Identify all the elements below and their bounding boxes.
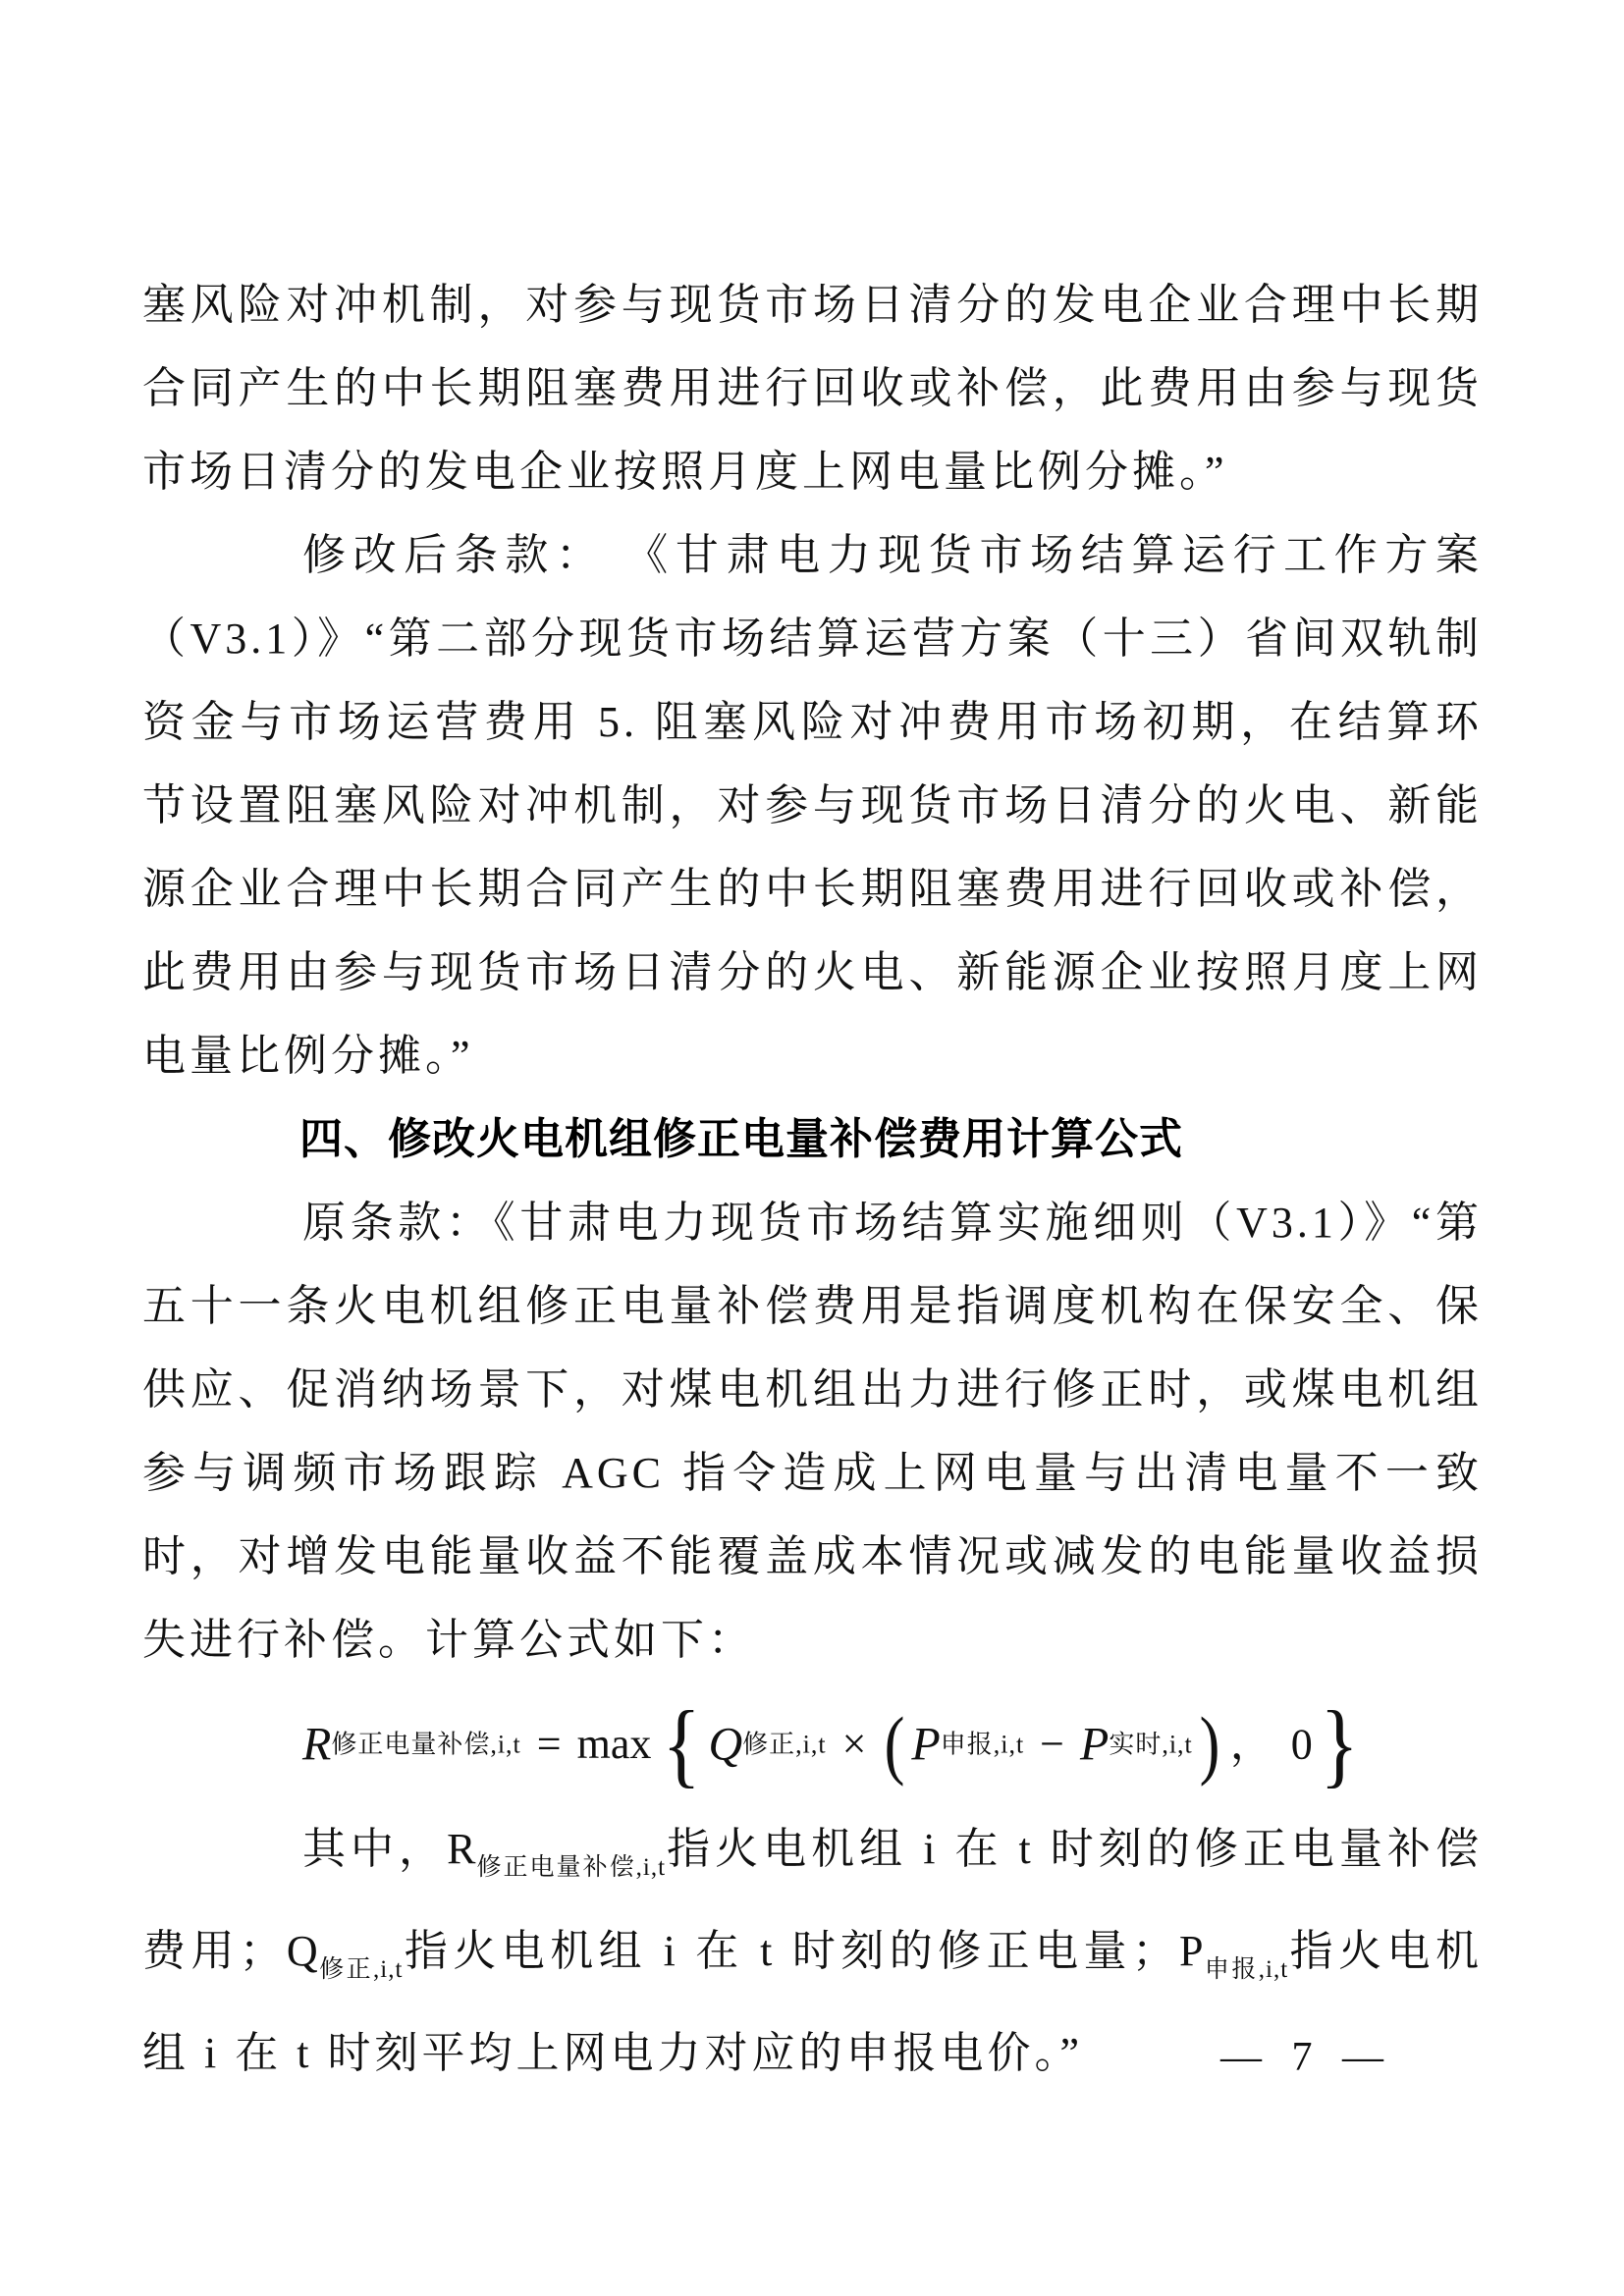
formula-p-declared-subscript: 申报,i,t	[941, 1730, 1024, 1758]
compensation-formula: R修正电量补偿,i,t = max { Q修正,i,t × ( P申报,i,t …	[142, 1682, 1483, 1807]
left-brace: {	[663, 1682, 701, 1807]
formula-p-declared-base: P	[911, 1718, 940, 1770]
max-operator: max	[577, 1720, 652, 1768]
inline-var-p-subscript: 申报,i,t	[1203, 1956, 1288, 1983]
equals-sign: =	[537, 1720, 562, 1768]
paragraph-amended-clause: 修改后条款： 《甘肃电力现货市场结算运行工作方案（V3.1）》“第二部分现货市场…	[142, 513, 1483, 1097]
right-paren: )	[1199, 1682, 1219, 1807]
inline-var-r-subscript: 修正电量补偿,i,t	[475, 1854, 666, 1881]
explanation-text: 其中，	[302, 1825, 447, 1873]
explanation-text: 指火电机组 i 在 t 时刻的修正电量；	[403, 1927, 1179, 1975]
inline-var-q: Q	[287, 1927, 318, 1975]
left-paren: (	[885, 1682, 905, 1807]
formula-p-realtime-base: P	[1080, 1718, 1109, 1770]
inline-var-q-subscript: 修正,i,t	[318, 1956, 404, 1983]
document-body: 塞风险对冲机制，对参与现货市场日清分的发电企业合理中长期合同产生的中长期阻塞费用…	[142, 263, 1483, 2095]
formula-zero: 0	[1291, 1720, 1313, 1768]
document-page: 塞风险对冲机制，对参与现货市场日清分的发电企业合理中长期合同产生的中长期阻塞费用…	[0, 0, 1624, 2296]
inline-var-r: R	[447, 1825, 475, 1873]
page-number: — 7 —	[1220, 2034, 1393, 2081]
formula-comma: ，	[1230, 1720, 1273, 1768]
formula-q-subscript: 修正,i,t	[742, 1730, 826, 1758]
inline-var-p: P	[1179, 1927, 1203, 1975]
paragraph-original-clause: 原条款：《甘肃电力现货市场结算实施细则（V3.1）》“第五十一条火电机组修正电量…	[142, 1181, 1483, 1682]
section-heading: 四、修改火电机组修正电量补偿费用计算公式	[142, 1097, 1483, 1181]
formula-q-base: Q	[708, 1718, 742, 1770]
formula-r-subscript: 修正电量补偿,i,t	[331, 1730, 520, 1758]
minus-sign: −	[1040, 1720, 1064, 1768]
formula-r-base: R	[302, 1718, 331, 1770]
formula-p-realtime-subscript: 实时,i,t	[1109, 1730, 1192, 1758]
right-brace: }	[1320, 1682, 1358, 1807]
paragraph-continuation: 塞风险对冲机制，对参与现货市场日清分的发电企业合理中长期合同产生的中长期阻塞费用…	[142, 263, 1483, 513]
times-sign: ×	[842, 1720, 867, 1768]
